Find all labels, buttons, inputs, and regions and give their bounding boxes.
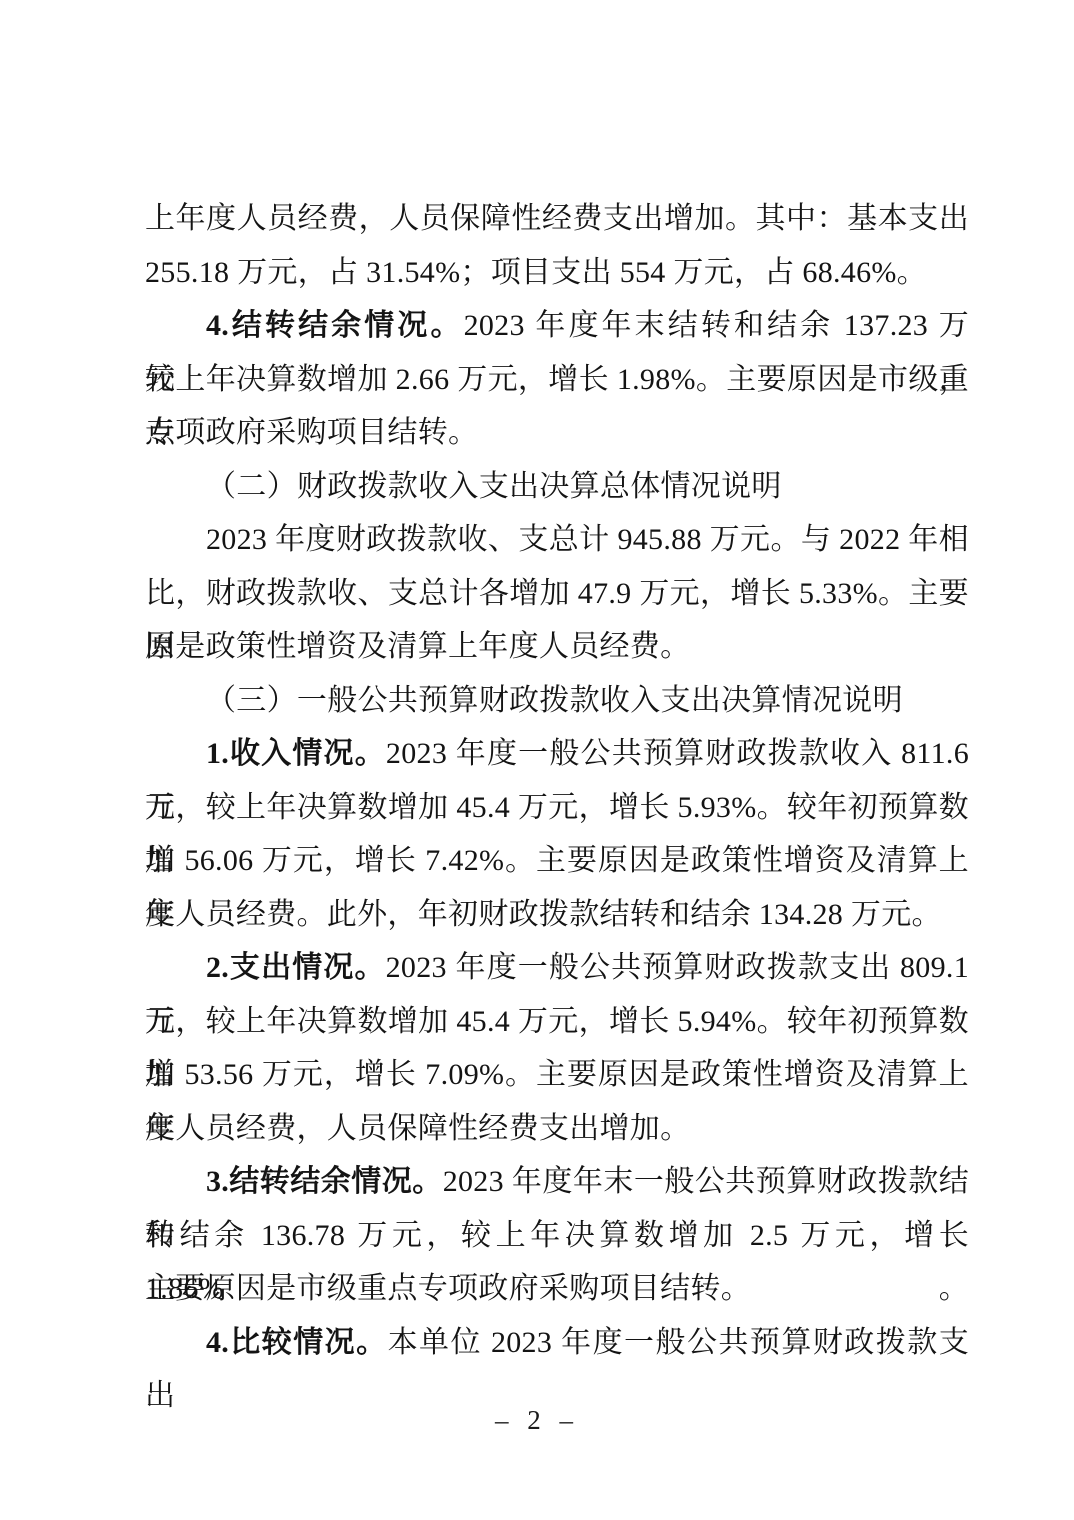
paragraph-lead: 4.结转结余情况。 bbox=[206, 309, 464, 342]
text-line: 较上年决算数增加 2.66 万元，增长 1.98%。主要原因是市级重点 bbox=[145, 353, 969, 407]
text-line: 比，财政拨款收、支总计各增加 47.9 万元，增长 5.33%。主要原 bbox=[145, 567, 969, 621]
text-line: 上年度人员经费，人员保障性经费支出增加。其中：基本支出 bbox=[145, 192, 969, 246]
paragraph-lead: 3.结转结余情况。 bbox=[206, 1165, 443, 1198]
text-line: 2.支出情况。2023 年度一般公共预算财政拨款支出 809.1 万 bbox=[145, 941, 969, 995]
page-number: – 2 – bbox=[0, 1405, 1074, 1436]
text-line: 255.18 万元，占 31.54%；项目支出 554 万元，占 68.46%。 bbox=[145, 246, 969, 300]
text-line: 4.结转结余情况。2023 年度年末结转和结余 137.23 万元， bbox=[145, 299, 969, 353]
text-line: 度人员经费，人员保障性经费支出增加。 bbox=[145, 1102, 969, 1156]
text-line: 元，较上年决算数增加 45.4 万元，增长 5.93%。较年初预算数增 bbox=[145, 781, 969, 835]
document-page: 上年度人员经费，人员保障性经费支出增加。其中：基本支出 255.18 万元，占 … bbox=[0, 0, 1074, 1520]
text-line: 2023 年度财政拨款收、支总计 945.88 万元。与 2022 年相 bbox=[145, 513, 969, 567]
text-line: 和结余 136.78 万元，较上年决算数增加 2.5 万元，增长 1.86%。 bbox=[145, 1209, 969, 1263]
text-line: 3.结转结余情况。2023 年度年末一般公共预算财政拨款结转 bbox=[145, 1155, 969, 1209]
text-line: 加 53.56 万元，增长 7.09%。主要原因是政策性增资及清算上年 bbox=[145, 1048, 969, 1102]
document-body: 上年度人员经费，人员保障性经费支出增加。其中：基本支出 255.18 万元，占 … bbox=[145, 192, 969, 1369]
paragraph-lead: 4.比较情况。 bbox=[206, 1326, 388, 1359]
text-line: 4.比较情况。本单位 2023 年度一般公共预算财政拨款支出 bbox=[145, 1316, 969, 1370]
text-line: 因是政策性增资及清算上年度人员经费。 bbox=[145, 620, 969, 674]
text-line: 1.收入情况。2023 年度一般公共预算财政拨款收入 811.6 万 bbox=[145, 727, 969, 781]
paragraph-lead: 1.收入情况。 bbox=[206, 737, 386, 770]
text-line: 度人员经费。此外，年初财政拨款结转和结余 134.28 万元。 bbox=[145, 888, 969, 942]
section-heading: （三）一般公共预算财政拨款收入支出决算情况说明 bbox=[145, 674, 969, 728]
text-line: 加 56.06 万元，增长 7.42%。主要原因是政策性增资及清算上年 bbox=[145, 834, 969, 888]
paragraph-lead: 2.支出情况。 bbox=[206, 951, 386, 984]
section-heading: （二）财政拨款收入支出决算总体情况说明 bbox=[145, 460, 969, 514]
text-line: 元，较上年决算数增加 45.4 万元，增长 5.94%。较年初预算数增 bbox=[145, 995, 969, 1049]
text-line: 专项政府采购项目结转。 bbox=[145, 406, 969, 460]
